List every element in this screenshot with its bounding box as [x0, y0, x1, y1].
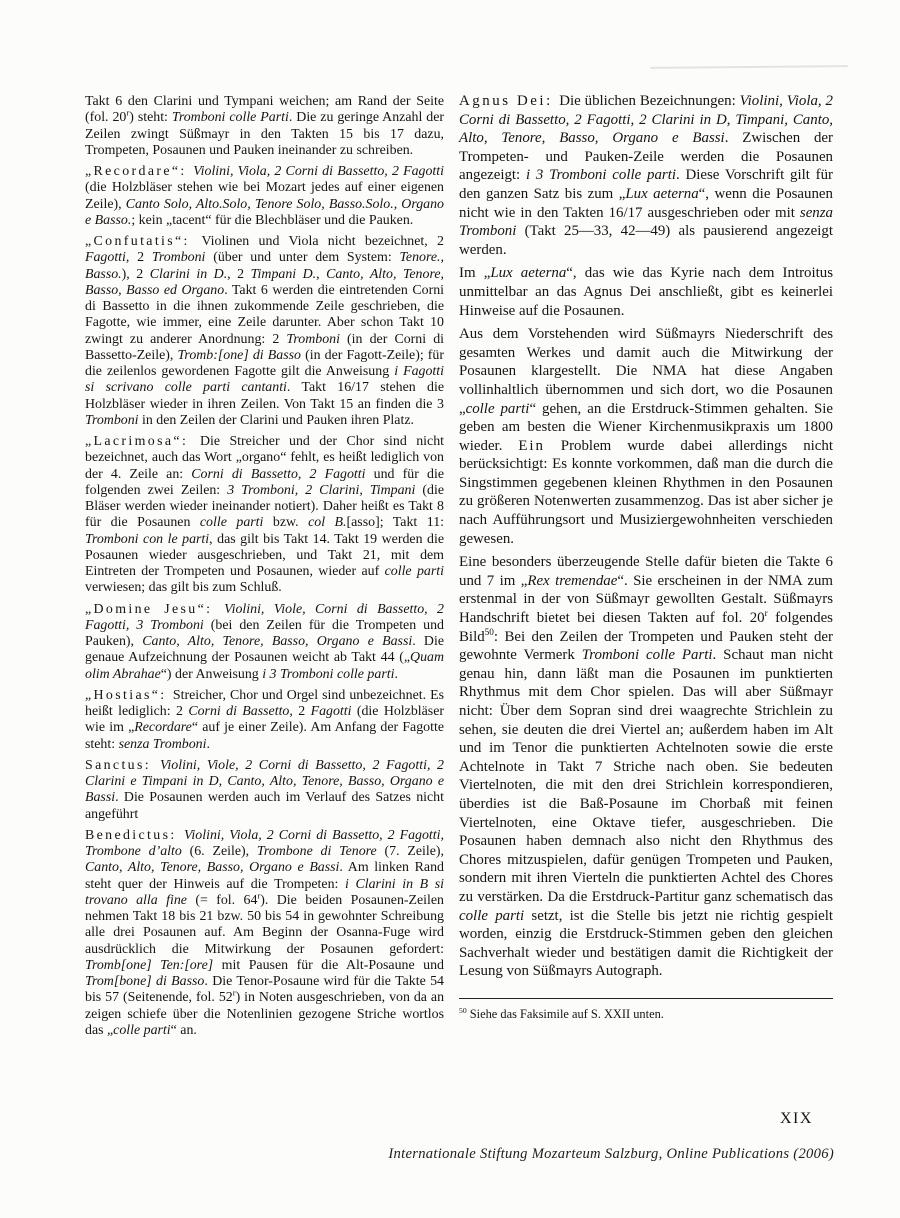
paragraph-zusammenfassung: Aus dem Vorstehenden wird Süßmayrs Niede… [459, 325, 833, 548]
paragraph-rex-tremendae: Eine besonders überzeugende Stelle dafür… [459, 553, 833, 981]
paragraph-lacrimosa: „Lacrimosa“: Die Streicher und der Chor … [85, 434, 444, 597]
paragraph-lux-aeterna: Im „Lux aeterna“, das wie das Kyrie nach… [459, 264, 833, 320]
scan-artifact-line [650, 65, 848, 69]
paragraph-hostias: „Hostias“: Streicher, Chor und Orgel sin… [85, 688, 444, 753]
paragraph-agnus-dei: Agnus Dei: Die üblichen Bezeichnungen: V… [459, 92, 833, 259]
paragraph-benedictus: Benedictus: Violini, Viola, 2 Corni di B… [85, 828, 444, 1039]
page-number: XIX [780, 1110, 813, 1128]
footnote-divider [459, 998, 833, 999]
paragraph-confutatis: „Confutatis“: Violinen und Viola nicht b… [85, 234, 444, 429]
scanned-book-page: Takt 6 den Clarini und Tympani weichen; … [0, 0, 900, 1218]
footer-credit: Internationale Stiftung Mozarteum Salzbu… [388, 1146, 834, 1163]
paragraph-takt6-continuation: Takt 6 den Clarini und Tympani weichen; … [85, 94, 444, 159]
paragraph-recordare: „Recordare“: Violini, Viola, 2 Corni di … [85, 164, 444, 229]
left-column: Takt 6 den Clarini und Tympani weichen; … [85, 94, 444, 1039]
paragraph-sanctus: Sanctus: Violini, Viole, 2 Corni di Bass… [85, 758, 444, 823]
right-column: Agnus Dei: Die üblichen Bezeichnungen: V… [459, 92, 833, 1022]
footnote-50: 50 Siehe das Faksimile auf S. XXII unten… [459, 1007, 833, 1022]
paragraph-domine-jesu: „Domine Jesu“: Violini, Viole, Corni di … [85, 602, 444, 683]
